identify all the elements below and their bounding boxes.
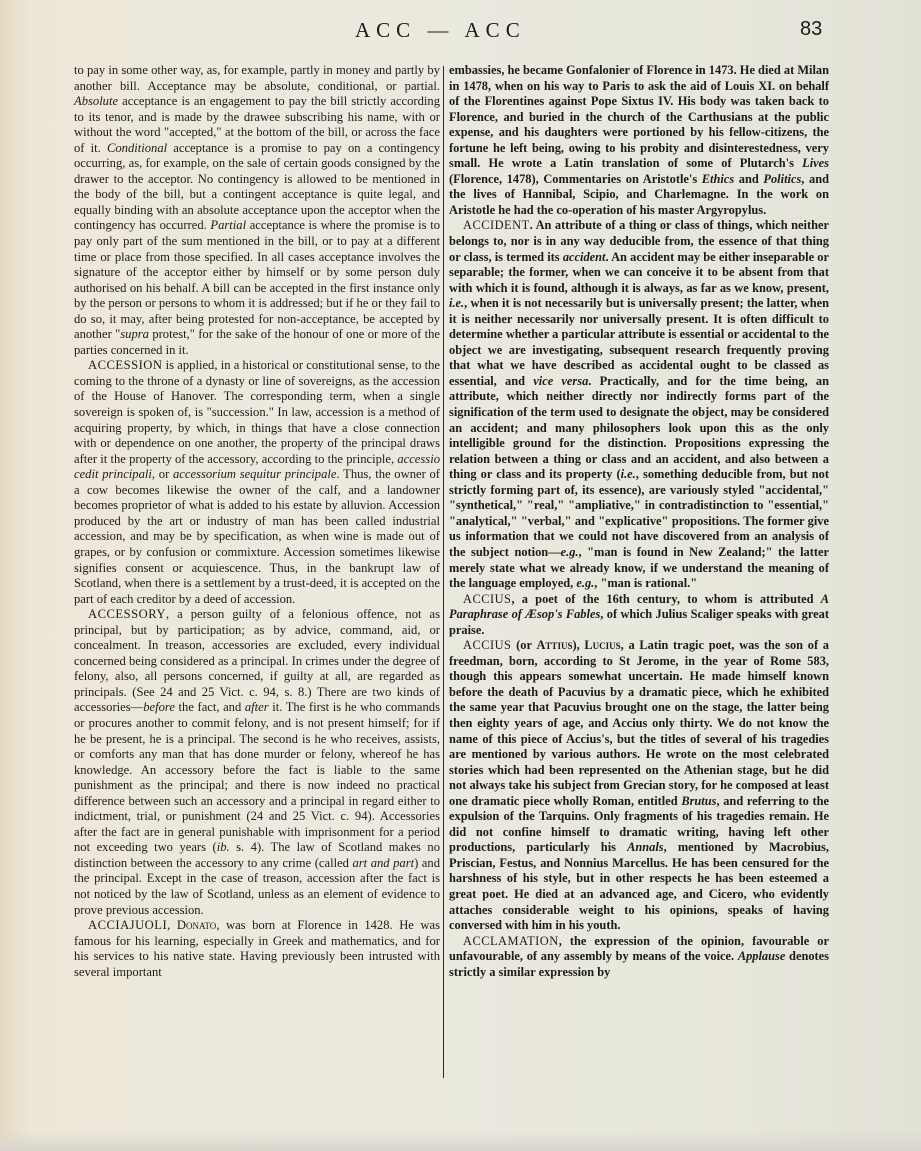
headword: ACCIAJUOLI	[88, 918, 167, 932]
page-number: 83	[800, 18, 822, 41]
page-bottom-edge	[0, 1130, 921, 1151]
headword: ACCLAMATION	[463, 934, 559, 948]
left-column: to pay in some other way, as, for exampl…	[74, 63, 440, 980]
entry-accius-poet: ACCIUS, a poet of the 16th century, to w…	[449, 592, 829, 639]
encyclopedia-page: ACC — ACC 83 to pay in some other way, a…	[0, 0, 921, 1151]
entry-accessory: ACCESSORY, a person guilty of a feloniou…	[74, 607, 440, 918]
headword: ACCESSION	[88, 358, 162, 372]
entry-accident: ACCIDENT. An attribute of a thing or cla…	[449, 218, 829, 591]
headword: ACCIUS	[463, 592, 511, 606]
headword: ACCIDENT	[463, 218, 530, 232]
headword: ACCIUS	[463, 638, 511, 652]
entry-acclamation: ACCLAMATION, the expression of the opini…	[449, 934, 829, 981]
right-column: embassies, he became Gonfalonier of Flor…	[449, 63, 829, 980]
entry-acciajuoli: ACCIAJUOLI, Donato, was born at Florence…	[74, 918, 440, 980]
column-divider	[443, 66, 444, 1078]
entry-acciajuoli-continued: embassies, he became Gonfalonier of Flor…	[449, 63, 829, 218]
running-head: ACC — ACC	[355, 18, 526, 43]
entry-acceptance-continued: to pay in some other way, as, for exampl…	[74, 63, 440, 358]
entry-accius-lucius: ACCIUS (or Attius), Lucius, a Latin trag…	[449, 638, 829, 933]
headword: ACCESSORY	[88, 607, 166, 621]
entry-accession: ACCESSION is applied, in a historical or…	[74, 358, 440, 607]
